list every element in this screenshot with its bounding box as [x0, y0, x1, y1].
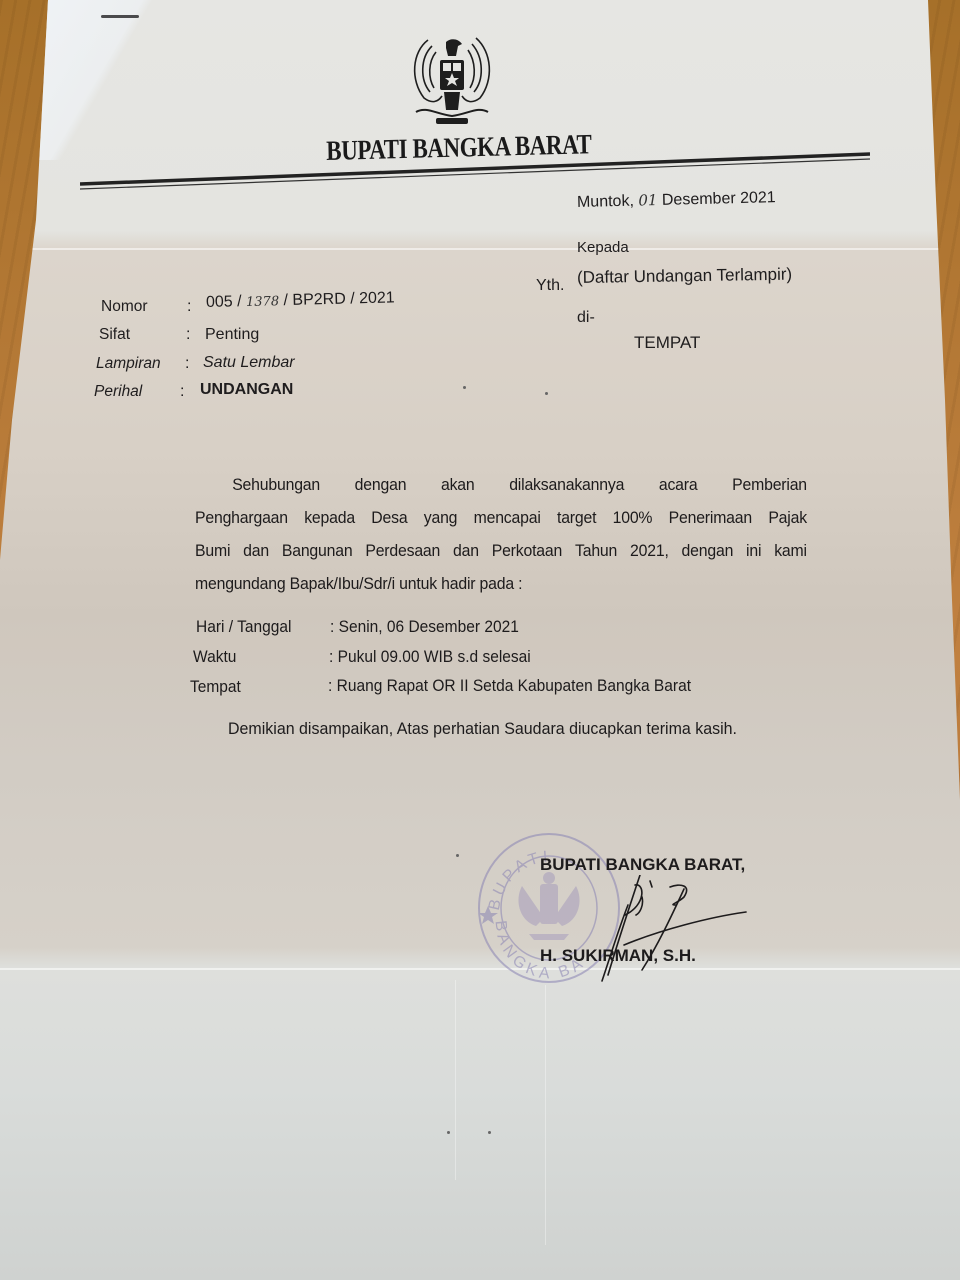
meta-lampiran-value: Satu Lembar: [203, 354, 295, 372]
nomor-suffix: / BP2RD / 2021: [283, 289, 395, 309]
recipient-yth: Yth.: [536, 277, 564, 295]
paragraph-word: Perdesaan: [365, 541, 440, 561]
paragraph-word: Bumi: [195, 541, 230, 561]
paragraph-line: PenghargaankepadaDesayangmencapaitarget1…: [195, 508, 807, 528]
paragraph-word: ini: [746, 541, 761, 561]
paragraph-word: kami: [774, 541, 807, 561]
staple-hole: [456, 854, 459, 857]
paragraph-word: mencapai: [474, 508, 541, 528]
meta-nomor-value: 005 / 1378 / BP2RD / 2021: [206, 289, 395, 312]
meta-colon: :: [185, 355, 189, 373]
meta-colon: :: [180, 383, 184, 401]
paragraph-word: dengan: [355, 475, 407, 495]
detail-waktu-value: : Pukul 09.00 WIB s.d selesai: [329, 648, 531, 667]
recipient-name: (Daftar Undangan Terlampir): [577, 265, 792, 288]
staple-hole: [488, 1131, 491, 1134]
meta-sifat-value: Penting: [205, 326, 259, 344]
paragraph-word: yang: [424, 508, 458, 528]
detail-hari-value: : Senin, 06 Desember 2021: [330, 618, 519, 637]
staple-hole: [463, 386, 466, 389]
staple-hole: [545, 392, 548, 395]
staple-hole: [447, 1131, 450, 1134]
paragraph-word: Penerimaan: [669, 508, 752, 528]
paragraph-word: Penghargaan: [195, 508, 288, 528]
paragraph-line: BumidanBangunanPerdesaandanPerkotaanTahu…: [195, 541, 807, 561]
detail-tempat-value: : Ruang Rapat OR II Setda Kabupaten Bang…: [328, 677, 691, 696]
bleed-through-mark: [101, 15, 139, 18]
paragraph-word: akan: [441, 475, 475, 495]
meta-colon: :: [186, 326, 190, 344]
recipient-tempat: TEMPAT: [634, 333, 700, 353]
paragraph-word: Sehubungan: [232, 475, 320, 495]
paragraph-word: Pajak: [768, 508, 807, 528]
date-day-handwritten: 01: [638, 191, 658, 209]
date-line: Muntok, 01 Desember 2021: [577, 193, 776, 212]
paragraph-word: Tahun: [575, 541, 617, 561]
signatory-title: BUPATI BANGKA BARAT,: [540, 855, 745, 875]
paragraph-word: mengundang Bapak/Ibu/Sdr/i untuk hadir p…: [195, 574, 522, 594]
detail-hari-label: Hari / Tanggal: [196, 618, 291, 637]
detail-waktu-label: Waktu: [193, 648, 236, 667]
meta-sifat-label: Sifat: [99, 326, 130, 344]
paragraph-word: Perkotaan: [492, 541, 562, 561]
recipient-di: di-: [577, 309, 595, 327]
paragraph-line: Sehubungandenganakandilaksanakannyaacara…: [195, 475, 807, 495]
paragraph-word: Desa: [371, 508, 407, 528]
paragraph-word: Pemberian: [732, 475, 807, 495]
letter-content: BUPATI BANGKA BARAT Muntok, 01 Desember …: [0, 0, 960, 1280]
paragraph-word: dan: [453, 541, 479, 561]
closing-sentence: Demikian disampaikan, Atas perhatian Sau…: [228, 719, 737, 739]
nomor-prefix: 005 /: [206, 293, 242, 311]
handwritten-signature: [580, 875, 760, 985]
recipient-kepada: Kepada: [577, 239, 629, 256]
meta-perihal-value: UNDANGAN: [200, 381, 293, 399]
paragraph-line: mengundang Bapak/Ibu/Sdr/i untuk hadir p…: [195, 574, 807, 594]
letterhead-double-rule: [80, 150, 870, 190]
nomor-handwritten: 1378: [246, 294, 279, 310]
paragraph-word: target: [557, 508, 596, 528]
paragraph-word: acara: [659, 475, 698, 495]
paragraph-word: Bangunan: [282, 541, 353, 561]
paragraph-word: 2021,: [630, 541, 669, 561]
paragraph-word: 100%: [613, 508, 653, 528]
meta-perihal-label: Perihal: [94, 383, 142, 401]
paragraph-word: kepada: [304, 508, 355, 528]
date-month-year: Desember 2021: [662, 189, 776, 209]
paragraph-word: dilaksanakannya: [509, 475, 624, 495]
detail-tempat-label: Tempat: [190, 678, 241, 697]
paragraph-word: dan: [243, 541, 269, 561]
meta-lampiran-label: Lampiran: [96, 355, 161, 373]
meta-nomor-label: Nomor: [101, 298, 148, 316]
meta-colon: :: [187, 298, 191, 316]
signatory-name: H. SUKIRMAN, S.H.: [540, 946, 696, 966]
garuda-emblem-icon: [406, 32, 498, 132]
paragraph-word: dengan: [682, 541, 734, 561]
date-place: Muntok,: [577, 193, 634, 211]
